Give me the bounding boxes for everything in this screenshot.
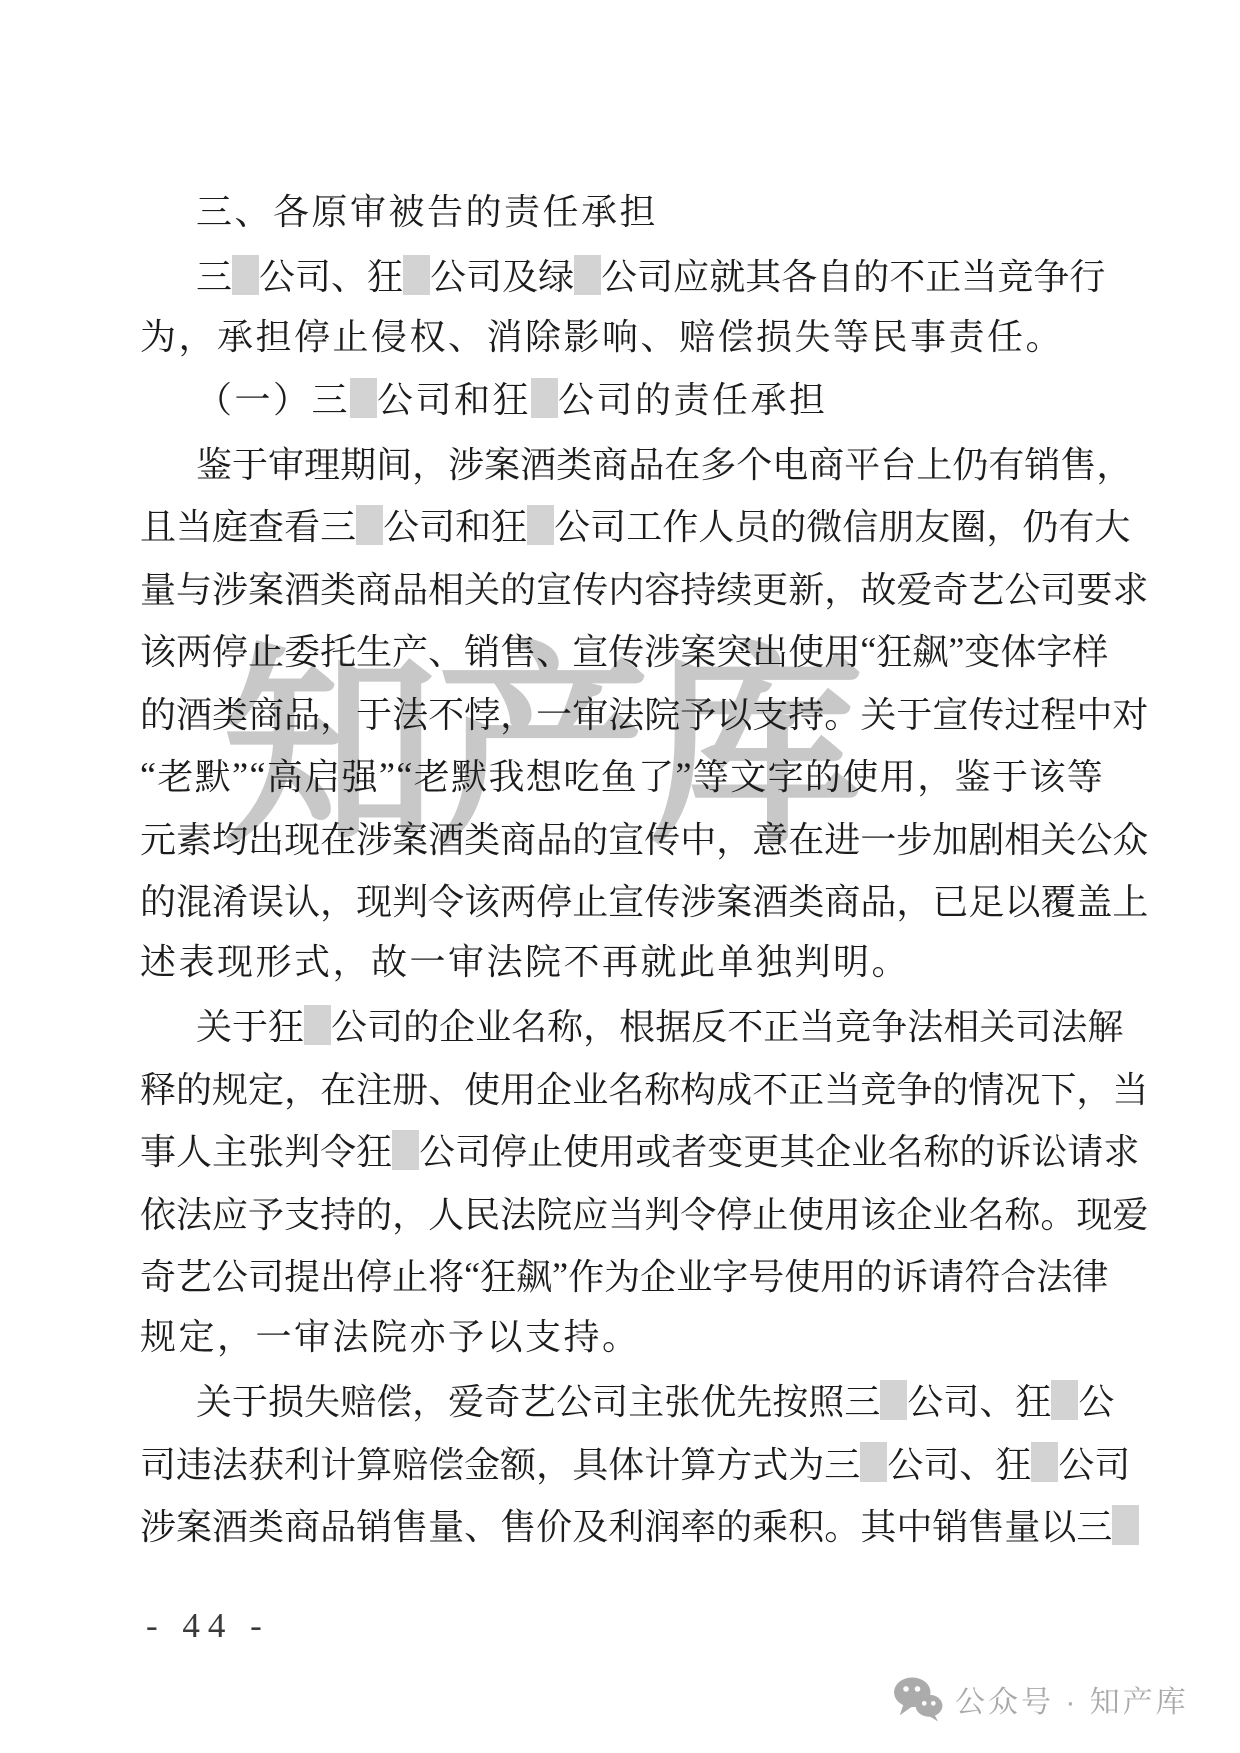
redaction-box: [350, 378, 377, 418]
redaction-box: [860, 1442, 887, 1482]
text-line: 三公司、狂公司及绿公司应就其各自的不正当竞争行: [140, 244, 1103, 307]
text-line: 依法应予支持的，人民法院应当判令停止使用该企业名称。现爱: [140, 1181, 1103, 1244]
text-line: 司违法获利计算赔偿金额，具体计算方式为三公司、狂公司: [140, 1431, 1103, 1494]
text-line: 的酒类商品，于法不悖，一审法院予以支持。关于宣传过程中对: [140, 681, 1103, 744]
redaction-box: [232, 255, 259, 295]
document-page: 知产库 三、各原审被告的责任承担三公司、狂公司及绿公司应就其各自的不正当竞争行为…: [0, 0, 1240, 1753]
text-line: 关于损失赔偿，爱奇艺公司主张优先按照三公司、狂公: [140, 1369, 1103, 1432]
text-line: 该两停止委托生产、销售、宣传涉案突出使用“狂飙”变体字样: [140, 619, 1103, 682]
text-line: 为，承担停止侵权、消除影响、赔偿损失等民事责任。: [140, 306, 1103, 369]
text-line: 规定，一审法院亦予以支持。: [140, 1306, 1103, 1369]
redaction-box: [304, 1005, 331, 1045]
text-line: 元素均出现在涉案酒类商品的宣传中，意在进一步加剧相关公众: [140, 806, 1103, 869]
text-line: 鉴于审理期间，涉案酒类商品在多个电商平台上仍有销售，: [140, 431, 1103, 494]
text-line: “老默”“高启强”“老默我想吃鱼了”等文字的使用，鉴于该等: [140, 744, 1103, 807]
text-line: 的混淆误认，现判令该两停止宣传涉案酒类商品，已足以覆盖上: [140, 869, 1103, 932]
redaction-box: [531, 378, 558, 418]
redaction-box: [392, 1130, 419, 1170]
text-line: 事人主张判令狂公司停止使用或者变更其企业名称的诉讼请求: [140, 1119, 1103, 1182]
text-line: 量与涉案酒类商品相关的宣传内容持续更新，故爱奇艺公司要求: [140, 556, 1103, 619]
redaction-box: [1112, 1505, 1139, 1545]
judgment-text: 三、各原审被告的责任承担三公司、狂公司及绿公司应就其各自的不正当竞争行为，承担停…: [140, 181, 1103, 1556]
redaction-box: [1031, 1442, 1058, 1482]
text-line: （一）三公司和狂公司的责任承担: [140, 369, 1103, 432]
redaction-box: [356, 505, 383, 545]
redaction-box: [527, 505, 554, 545]
redaction-box: [574, 255, 601, 295]
text-line: 述表现形式，故一审法院不再就此单独判明。: [140, 931, 1103, 994]
redaction-box: [403, 255, 430, 295]
footer-label: 公众号 · 知产库: [955, 1677, 1189, 1721]
text-line: 奇艺公司提出停止将“狂飙”作为企业字号使用的诉请符合法律: [140, 1244, 1103, 1307]
footer-credit: 公众号 · 知产库: [893, 1676, 1189, 1722]
text-line: 三、各原审被告的责任承担: [140, 181, 1103, 244]
text-line: 且当庭查看三公司和狂公司工作人员的微信朋友圈，仍有大: [140, 494, 1103, 557]
text-line: 涉案酒类商品销售量、售价及利润率的乘积。其中销售量以三: [140, 1494, 1103, 1557]
page-number: - 44 -: [146, 1606, 270, 1646]
redaction-box: [1051, 1380, 1078, 1420]
wechat-icon: [893, 1676, 943, 1722]
text-line: 关于狂公司的企业名称，根据反不正当竞争法相关司法解: [140, 994, 1103, 1057]
text-line: 释的规定，在注册、使用企业名称构成不正当竞争的情况下，当: [140, 1056, 1103, 1119]
redaction-box: [880, 1380, 907, 1420]
